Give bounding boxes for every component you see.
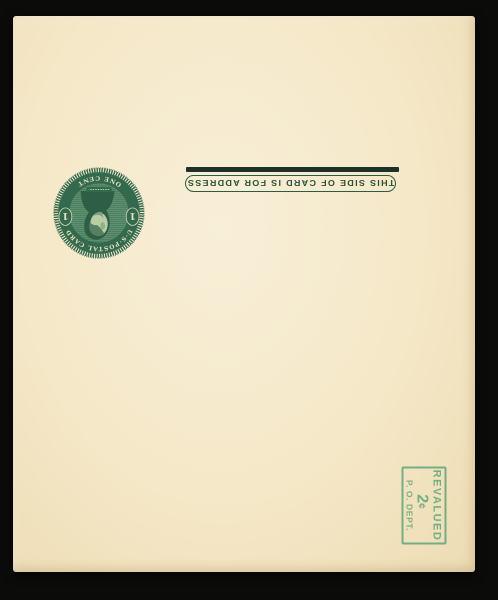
stamp-graphic: U·S·POSTAL CARD ONE CENT 1 1 <box>53 167 145 259</box>
postal-card: THIS SIDE OF CARD IS FOR ADDRESS <box>13 16 475 572</box>
ribbon-banner <box>85 187 113 193</box>
left-numeral: 1 <box>129 210 136 221</box>
numeral-medallion-right: 1 <box>59 208 72 225</box>
surcharge-line3: P. O. DEPT. <box>405 480 414 531</box>
address-notice-box: THIS SIDE OF CARD IS FOR ADDRESS <box>185 175 396 192</box>
cent-sign: ¢ <box>416 503 427 509</box>
revalued-surcharge-stamp: REVALUED 2¢ P. O. DEPT. <box>402 467 447 545</box>
numeral-medallion-left: 1 <box>126 208 139 225</box>
address-notice-text: THIS SIDE OF CARD IS FOR ADDRESS <box>187 179 395 189</box>
surcharge-value: 2 <box>414 494 431 503</box>
address-rule <box>186 167 399 172</box>
right-numeral: 1 <box>62 210 69 221</box>
surcharge-line1: REVALUED <box>431 470 442 542</box>
stamp-imprint: U·S·POSTAL CARD ONE CENT 1 1 <box>53 167 145 259</box>
photo-background: THIS SIDE OF CARD IS FOR ADDRESS <box>0 0 498 600</box>
surcharge-line2: 2¢ <box>414 494 429 508</box>
